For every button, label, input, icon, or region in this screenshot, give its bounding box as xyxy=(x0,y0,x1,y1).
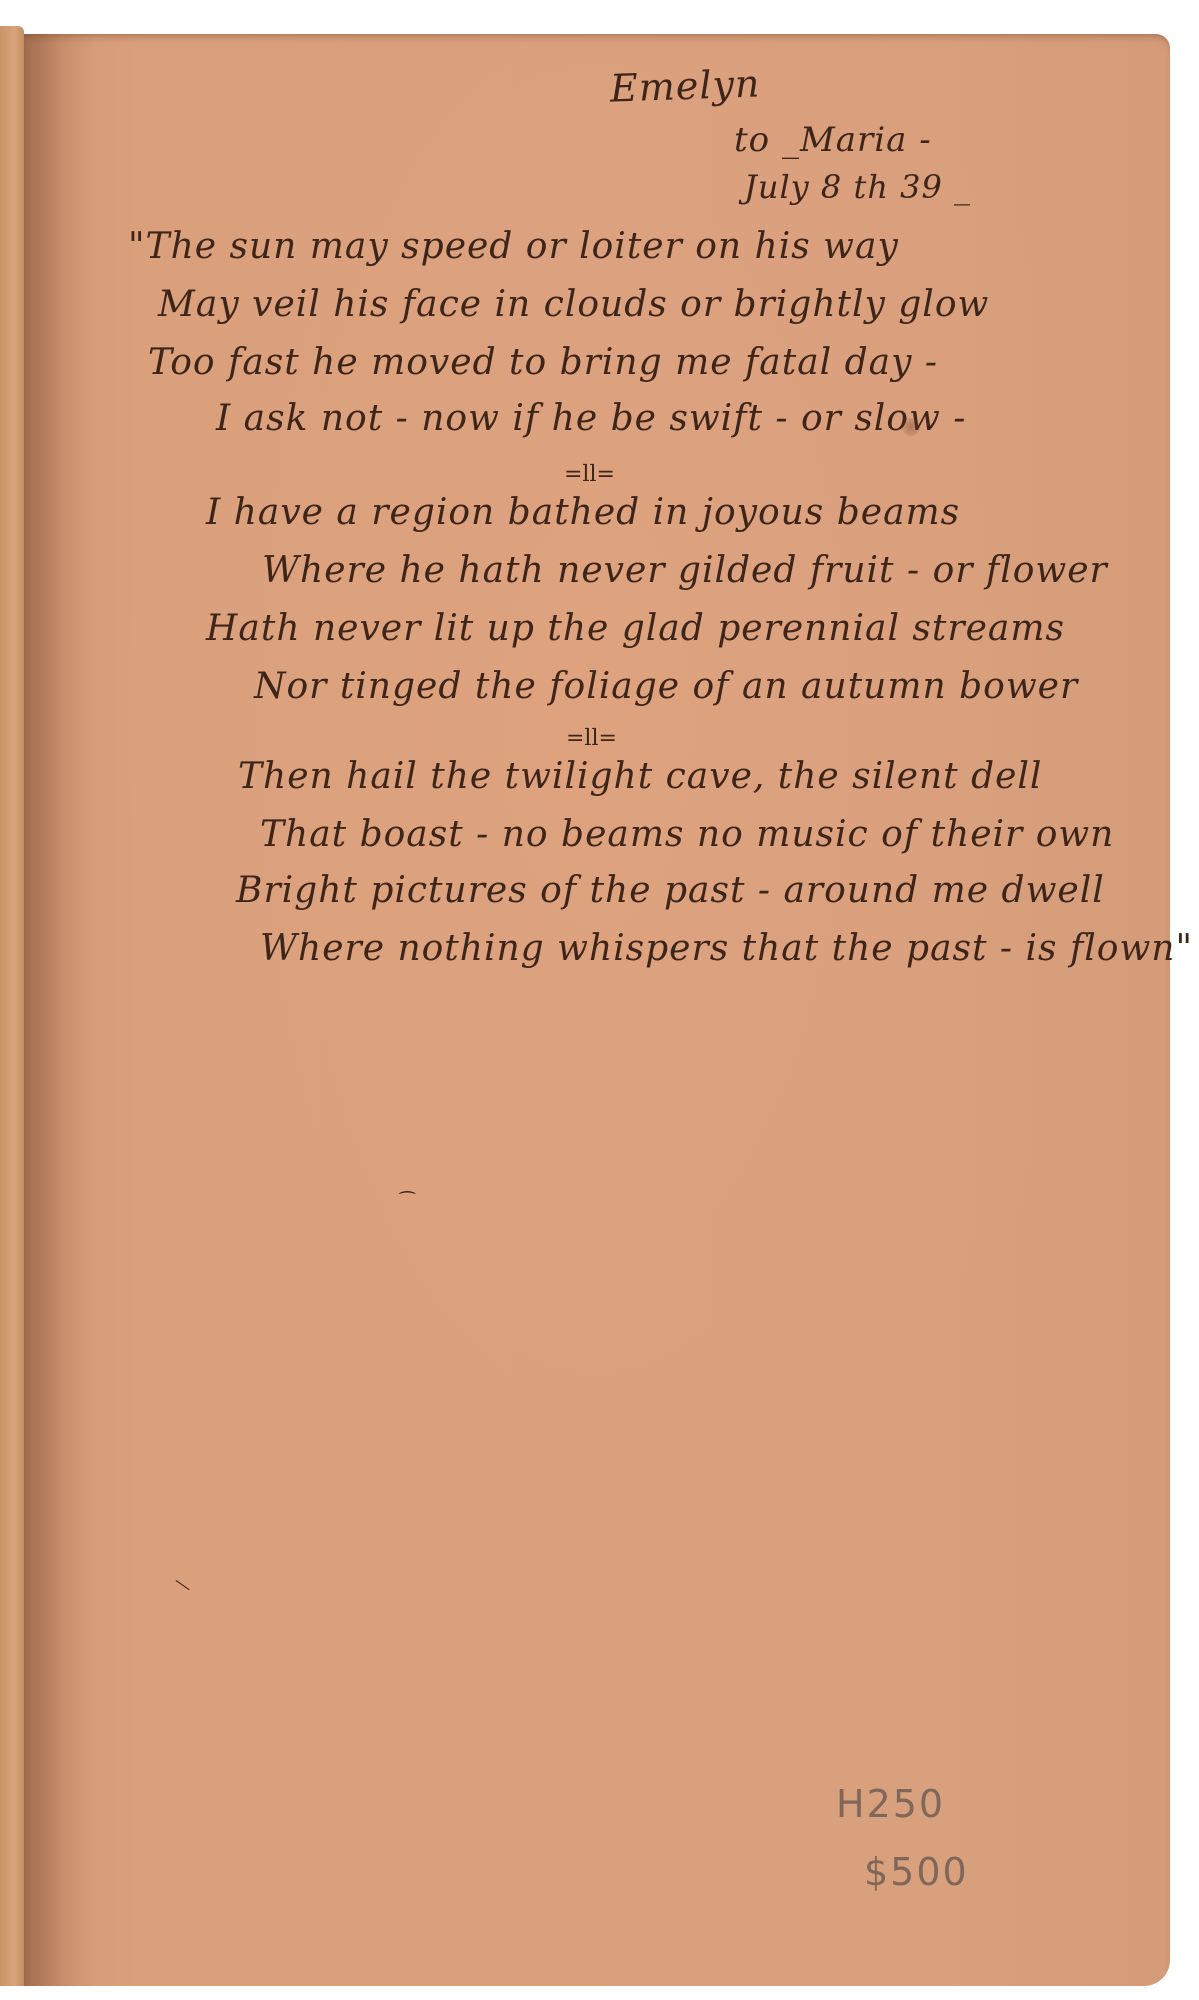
manuscript-page: Emelyn to _Maria - July 8 th 39 _ "The s… xyxy=(24,34,1170,1986)
poem-line: Then hail the twilight cave, the silent … xyxy=(238,756,1042,797)
poem-line: Where he hath never gilded fruit - or fl… xyxy=(262,550,1108,591)
ink-mark: — xyxy=(170,1571,197,1599)
pencil-note-price: $500 xyxy=(864,1850,969,1894)
poem-line: I have a region bathed in joyous beams xyxy=(206,492,960,533)
poem-line: Nor tinged the foliage of an autumn bowe… xyxy=(254,666,1078,707)
recipient-line: to _Maria - xyxy=(734,120,932,160)
poem-line: Bright pictures of the past - around me … xyxy=(236,870,1105,911)
flyleaf-edge xyxy=(0,26,24,1986)
poem-line: "The sun may speed or loiter on his way xyxy=(128,226,899,267)
poem-line: That boast - no beams no music of their … xyxy=(260,814,1114,855)
gutter-shadow xyxy=(24,34,94,1986)
date-line: July 8 th 39 _ xyxy=(744,168,971,206)
ink-mark: ⁀ xyxy=(400,1192,414,1213)
poem-line: Too fast he moved to bring me fatal day … xyxy=(148,342,938,383)
poem-line: I ask not - now if he be swift - or slow… xyxy=(216,398,966,439)
author-name: Emelyn xyxy=(609,61,761,110)
poem-line: Hath never lit up the glad perennial str… xyxy=(206,608,1065,649)
foxing-stain xyxy=(902,418,920,436)
pencil-note-code: H250 xyxy=(836,1782,945,1826)
stanza-divider: =ll= xyxy=(564,462,615,487)
poem-line: May veil his face in clouds or brightly … xyxy=(158,284,989,325)
stanza-divider: =ll= xyxy=(566,726,617,751)
poem-line: Where nothing whispers that the past - i… xyxy=(260,928,1193,969)
